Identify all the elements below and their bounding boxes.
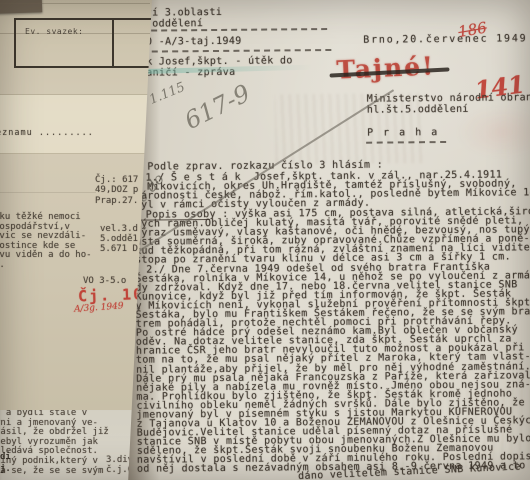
typed-line: dá se, že se se svým — [0, 467, 109, 477]
dashed-rule — [131, 28, 327, 32]
typed-line: 5.671 D — [100, 245, 138, 255]
underlying-page-fragment: l a bydlí stále vrni a jmenovaný ve-lási… — [0, 404, 140, 480]
ev-svazek-label: Ev. svazek: — [25, 27, 83, 36]
paragraph-2: 2./ Dne 7.června 1949 odešel od svého br… — [135, 262, 530, 474]
red-handwritten-note: A/3g. 1949 — [74, 301, 124, 314]
typed-line: Čj.: 617 — [95, 175, 138, 185]
edge-fragment: di — [0, 452, 11, 462]
ev-svazek-box: Ev. svazek: — [14, 18, 114, 68]
register-line: eznamu ......... — [0, 128, 94, 138]
tape-band — [0, 94, 152, 154]
pencil-note: 617-9 — [180, 79, 254, 135]
dashed-underline — [366, 141, 446, 144]
ruled-line — [0, 3, 150, 4]
cj-number-block: Čj.: 61749,DOZ pPrap.27. — [95, 175, 138, 206]
ruled-segment — [112, 66, 152, 68]
right-text-fragments: vel.3.d5.oddě15.671 D — [100, 225, 138, 254]
vo-line: VO 3-5.o — [83, 276, 126, 286]
dateline: Brno,20.červenec 1949 — [363, 33, 527, 45]
underlying-page-text: l a bydlí stále vrni a jmenovaný ve-lási… — [0, 409, 109, 476]
form-page: Ev. svazek: eznamu ......... Čj.: 61749,… — [0, 0, 152, 410]
dashed-rule — [131, 49, 331, 53]
left-text-fragments: dku těžké nemocihospodářství,vovic se ne… — [0, 213, 92, 271]
typed-line: Prap.27. — [95, 196, 138, 206]
recipient-line: Ministerstvo národní obrany — [367, 92, 530, 105]
recipient-line: hl.št.5.oddělení — [367, 104, 469, 116]
paragraph-1: 1./ Š e s t á k Josef,škpt. tank. v zál.… — [134, 170, 530, 210]
typed-line: a. — [0, 261, 92, 271]
report-page: ství 3.oblasti 5.oddělení 680 -A/3-taj.1… — [126, 0, 530, 480]
city-line: P r a h a — [367, 127, 439, 139]
edge-fragment: j. — [0, 464, 11, 474]
typed-line: 49,DOZ p — [95, 185, 138, 195]
ruled-line — [0, 192, 96, 193]
typed-line: avu viděn a do ho- — [0, 251, 92, 261]
document-photo: l a bydlí stále vrni a jmenovaný ve-lási… — [0, 0, 530, 480]
ruled-segment — [112, 18, 152, 20]
